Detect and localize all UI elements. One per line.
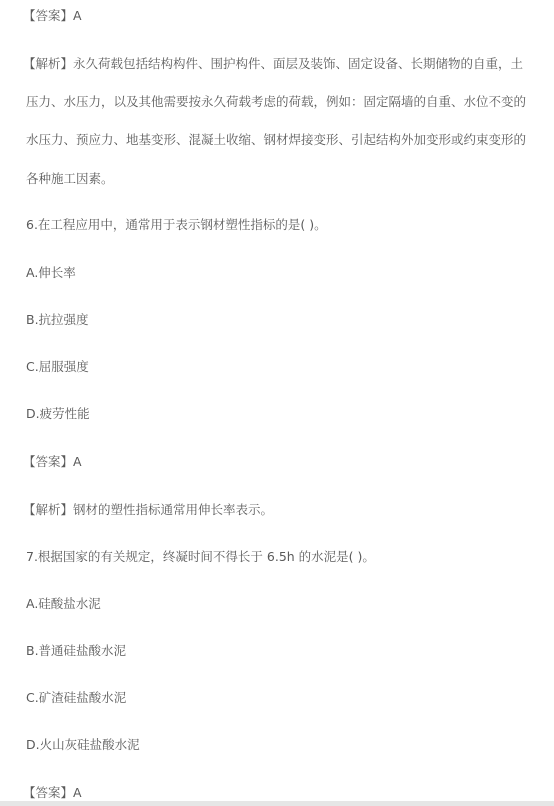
q6-option-d: D.疲劳性能 xyxy=(26,404,538,424)
q6-answer: 【答案】A xyxy=(23,452,535,472)
q7-option-b: B.普通硅盐酸水泥 xyxy=(26,641,538,661)
q6-option-c: C.屈服强度 xyxy=(26,357,538,377)
q6-option-b: B.抗拉强度 xyxy=(26,310,538,330)
q6-analysis: 【解析】钢材的塑性指标通常用伸长率表示。 xyxy=(23,500,535,520)
q6-option-a: A.伸长率 xyxy=(26,263,538,283)
q5-answer: 【答案】A xyxy=(23,6,535,26)
q6-stem: 6.在工程应用中，通常用于表示钢材塑性指标的是( )。 xyxy=(26,215,538,235)
q5-analysis-line-2: 压力、水压力，以及其他需要按永久荷载考虑的荷载，例如：固定隔墙的自重、水位不变的 xyxy=(26,92,538,112)
q7-option-d: D.火山灰硅盐酸水泥 xyxy=(26,735,538,755)
q7-answer: 【答案】A xyxy=(23,783,535,803)
q5-analysis-line-1: 【解析】永久荷载包括结构构件、围护构件、面层及装饰、固定设备、长期储物的自重，土 xyxy=(23,54,535,74)
q7-stem: 7.根据国家的有关规定，终凝时间不得长于 6.5h 的水泥是( )。 xyxy=(26,547,538,567)
q5-analysis-line-3: 水压力、预应力、地基变形、混凝土收缩、钢材焊接变形、引起结构外加变形或约束变形的 xyxy=(26,130,538,150)
q7-option-c: C.矿渣硅盐酸水泥 xyxy=(26,688,538,708)
bottom-divider-band xyxy=(0,801,554,806)
q7-option-a: A.硅酸盐水泥 xyxy=(26,594,538,614)
q5-analysis-line-4: 各种施工因素。 xyxy=(26,169,538,189)
